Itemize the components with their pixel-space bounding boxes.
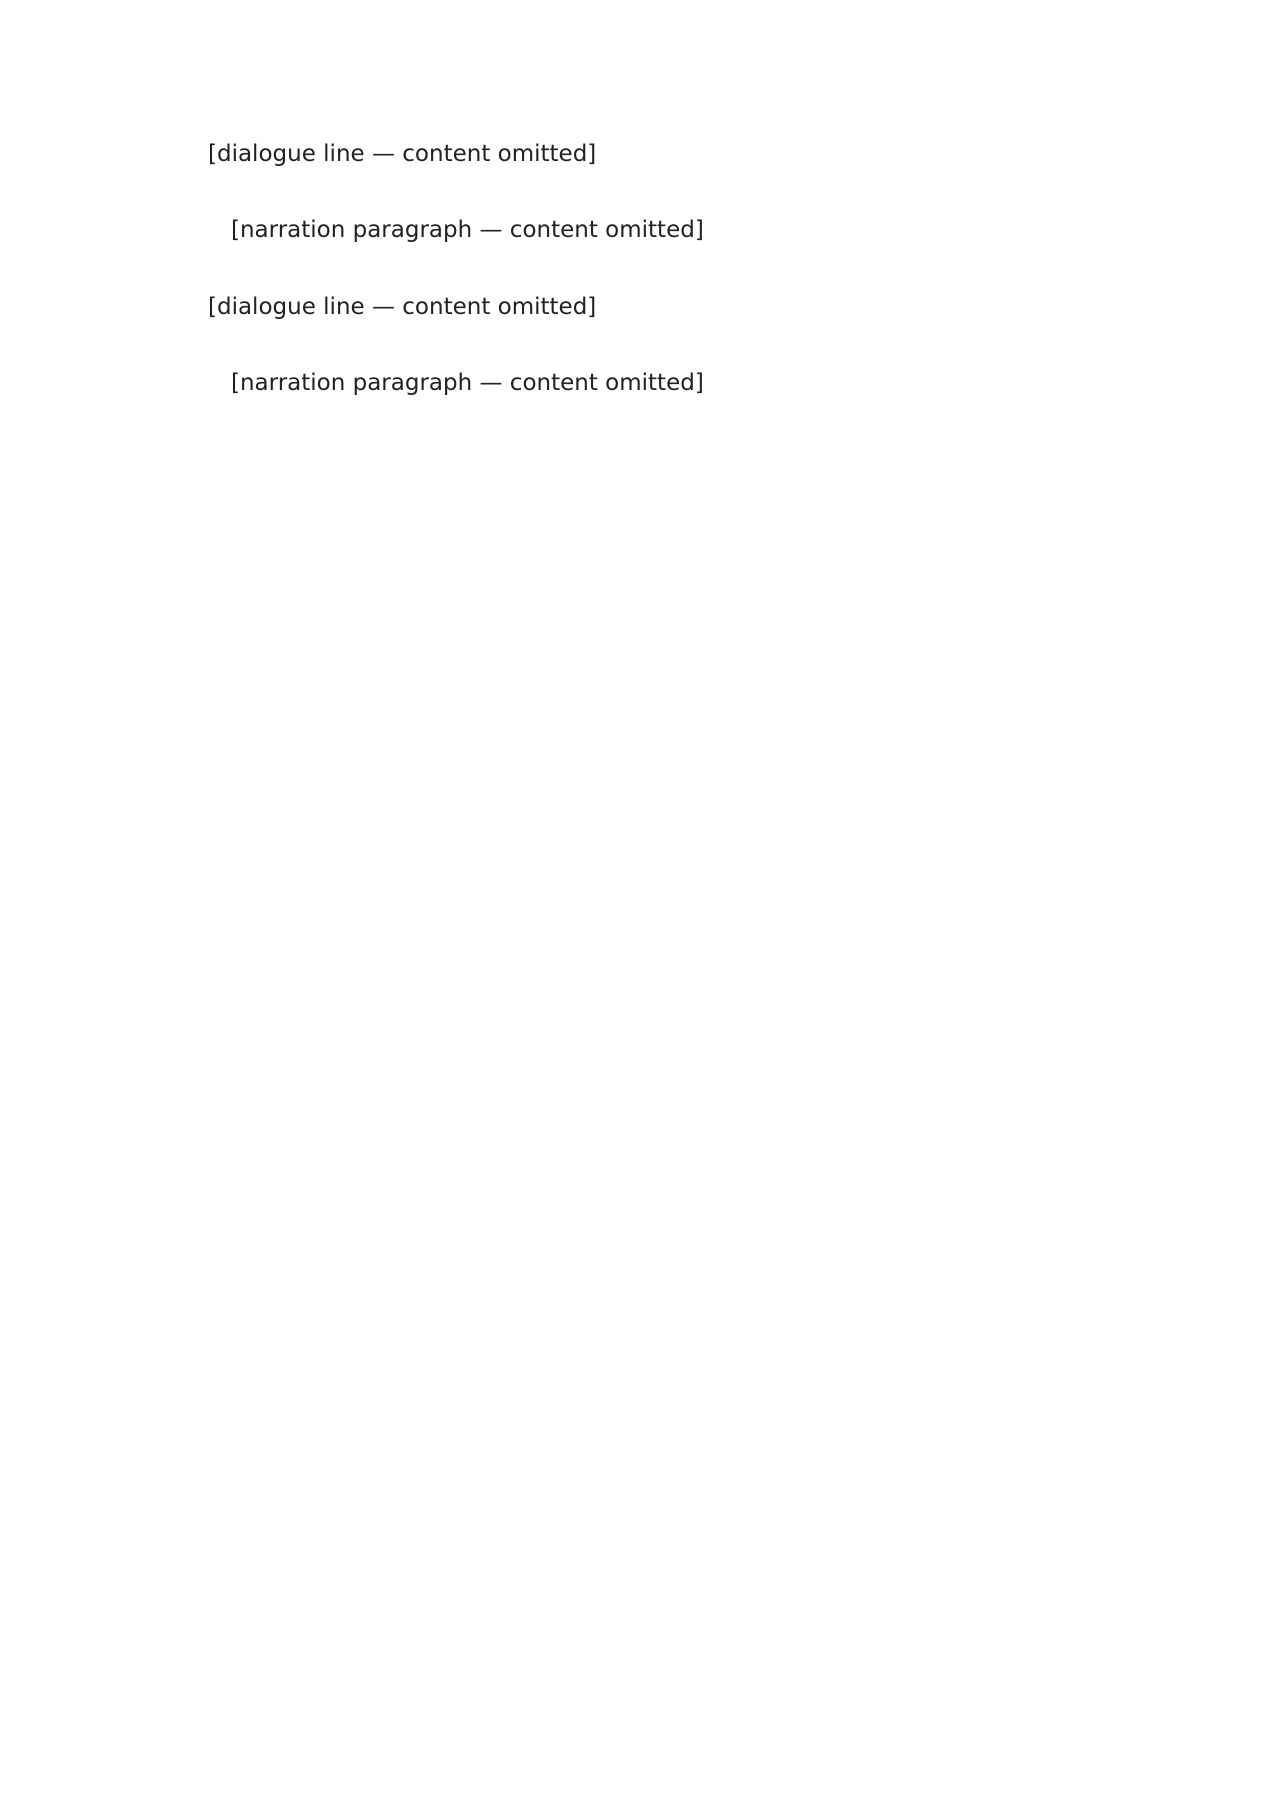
paragraph: [dialogue line — content omitted] xyxy=(185,130,1095,178)
document-page: [dialogue line — content omitted][narrat… xyxy=(0,0,1280,1809)
paragraph: [narration paragraph — content omitted] xyxy=(185,206,1095,254)
paragraph-list: [dialogue line — content omitted][narrat… xyxy=(185,130,1095,407)
paragraph: [narration paragraph — content omitted] xyxy=(185,359,1095,407)
paragraph: [dialogue line — content omitted] xyxy=(185,283,1095,331)
